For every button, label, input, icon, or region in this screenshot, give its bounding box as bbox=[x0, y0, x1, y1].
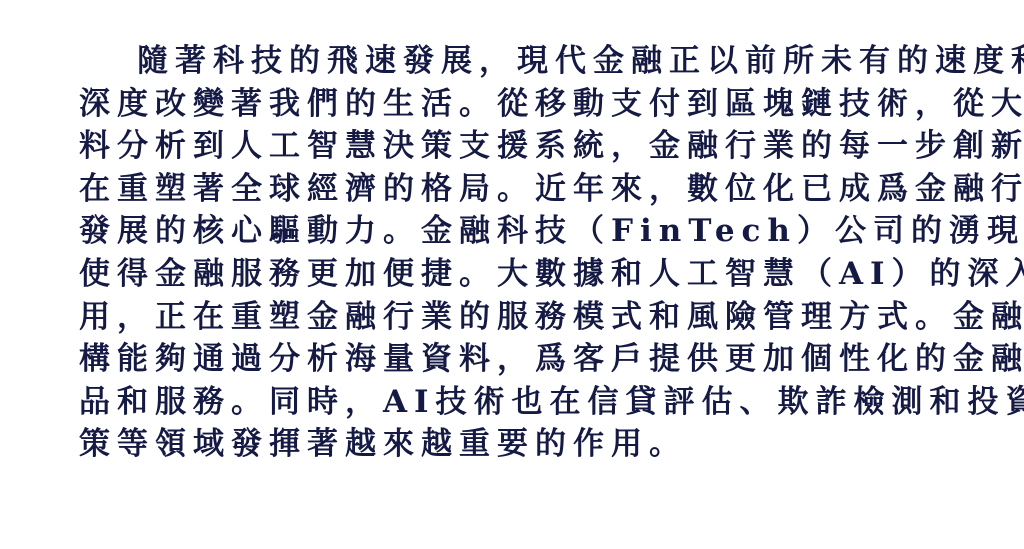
text-line-7: 用，正在重塑金融行業的服務模式和風險管理方式。金融機 bbox=[79, 296, 959, 339]
text-line-10: 策等領域發揮著越來越重要的作用。 bbox=[79, 423, 959, 466]
document-body: 隨著科技的飛速發展，現代金融正以前所未有的速度和 深度改變著我們的生活。從移動支… bbox=[79, 40, 959, 466]
text-line-9: 品和服務。同時，AI技術也在信貸評估、欺詐檢測和投資決 bbox=[79, 381, 959, 424]
text-line-2: 深度改變著我們的生活。從移動支付到區塊鏈技術，從大資 bbox=[79, 83, 959, 126]
text-line-6: 使得金融服務更加便捷。大數據和人工智慧（AI）的深入應 bbox=[79, 253, 959, 296]
paragraph: 隨著科技的飛速發展，現代金融正以前所未有的速度和 深度改變著我們的生活。從移動支… bbox=[79, 40, 959, 466]
text-line-8: 構能夠通過分析海量資料，爲客戶提供更加個性化的金融產 bbox=[79, 338, 959, 381]
text-line-1: 隨著科技的飛速發展，現代金融正以前所未有的速度和 bbox=[79, 40, 959, 83]
text-line-5: 發展的核心驅動力。金融科技（FinTech）公司的湧現， bbox=[79, 210, 959, 253]
text-line-3: 料分析到人工智慧決策支援系統，金融行業的每一步創新都 bbox=[79, 125, 959, 168]
text-line-4: 在重塑著全球經濟的格局。近年來，數位化已成爲金融行業 bbox=[79, 168, 959, 211]
